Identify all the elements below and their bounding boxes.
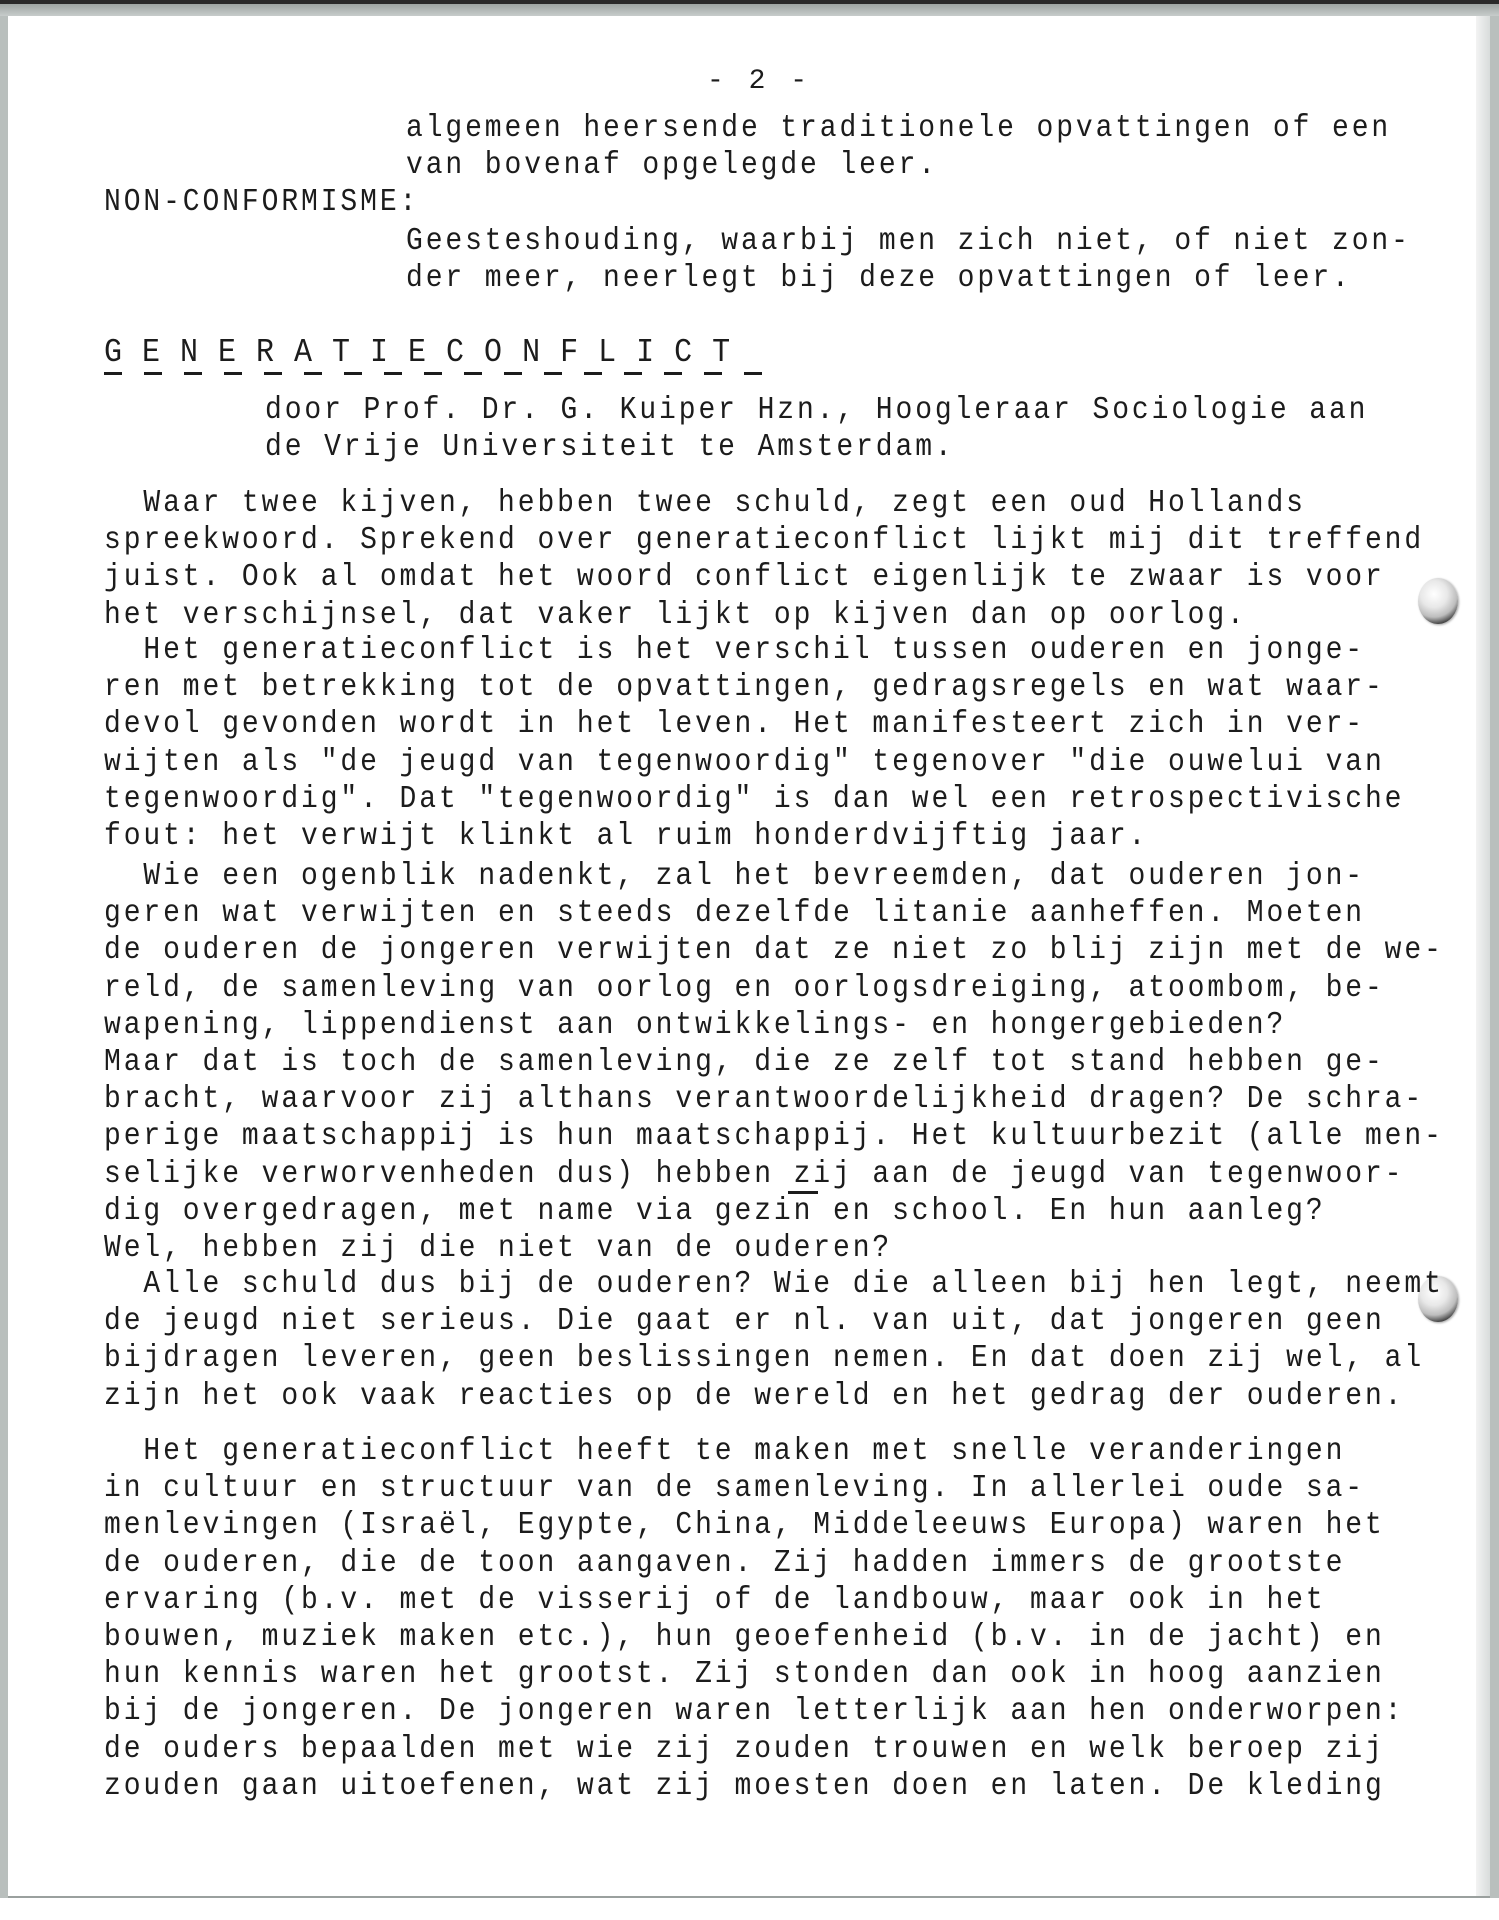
paragraph-line: zouden gaan uitoefenen, wat zij moesten … (104, 1766, 1385, 1807)
paragraph-line: zijn het ook vaak reacties op de wereld … (104, 1376, 1404, 1417)
page-right-margin-shadow (1476, 16, 1490, 1896)
paragraph-line: de jeugd niet serieus. Die gaat er nl. v… (104, 1301, 1385, 1342)
paragraph-line: bracht, waarvoor zij althans verantwoord… (104, 1079, 1424, 1120)
paragraph-line: hun kennis waren het grootst. Zij stonde… (104, 1654, 1385, 1695)
paragraph-line: wijten als "de jeugd van tegenwoordig" t… (104, 742, 1385, 783)
paragraph-line: de ouderen, die de toon aangaven. Zij ha… (104, 1543, 1345, 1584)
paragraph-line: fout: het verwijt klinkt al ruim honderd… (104, 816, 1148, 857)
scan-bottom-margin (0, 1898, 1499, 1920)
paragraph-line: Het generatieconflict heeft te maken met… (104, 1431, 1345, 1472)
scan-top-border (0, 4, 1499, 16)
paragraph-line: ren met betrekking tot de opvattingen, g… (104, 667, 1385, 708)
paragraph-line: devol gevonden wordt in het leven. Het m… (104, 704, 1365, 745)
paragraph-line: Het generatieconflict is het verschil tu… (104, 630, 1365, 671)
paragraph-line: Wie een ogenblik nadenkt, zal het bevree… (104, 856, 1365, 897)
paragraph-line: Alle schuld dus bij de ouderen? Wie die … (104, 1264, 1444, 1305)
paragraph-line: geren wat verwijten en steeds dezelfde l… (104, 893, 1365, 934)
emphasis-underline (788, 1191, 818, 1194)
definition-text-line: der meer, neerlegt bij deze opvattingen … (406, 258, 1352, 299)
paragraph-line: Maar dat is toch de samenleving, die ze … (104, 1042, 1385, 1083)
article-title-underline (104, 372, 770, 375)
paragraph-line: dig overgedragen, met name via gezin en … (104, 1191, 1326, 1232)
paragraph-line: bouwen, muziek maken etc.), hun geoefenh… (104, 1617, 1385, 1658)
page-number: - 2 - (707, 66, 811, 97)
paragraph-line: tegenwoordig". Dat "tegenwoordig" is dan… (104, 779, 1404, 820)
definition-term: NON-CONFORMISME: (104, 182, 419, 223)
paragraph-line: ervaring (b.v. met de visserij of de lan… (104, 1580, 1326, 1621)
paragraph-line: de ouders bepaalden met wie zij zouden t… (104, 1729, 1385, 1770)
byline-line: de Vrije Universiteit te Amsterdam. (265, 427, 955, 468)
paragraph-line: spreekwoord. Sprekend over generatieconf… (104, 520, 1424, 561)
definition-text-line: Geesteshouding, waarbij men zich niet, o… (406, 221, 1411, 262)
binder-ring-hole-icon (1418, 578, 1458, 624)
paragraph-line: menlevingen (Israël, Egypte, China, Midd… (104, 1505, 1385, 1546)
text-line: algemeen heersende traditionele opvattin… (406, 108, 1391, 149)
paragraph-line: bij de jongeren. De jongeren waren lette… (104, 1691, 1404, 1732)
paragraph-line: reld, de samenleving van oorlog en oorlo… (104, 968, 1385, 1009)
paragraph-line: wapening, lippendienst aan ontwikkelings… (104, 1005, 1286, 1046)
article-title: G E N E R A T I E C O N F L I C T (104, 334, 731, 372)
paragraph-line: de ouderen de jongeren verwijten dat ze … (104, 930, 1444, 971)
paragraph-line: juist. Ook al omdat het woord conflict e… (104, 557, 1385, 598)
text-line: van bovenaf opgelegde leer. (406, 145, 938, 186)
paragraph-line: bijdragen leveren, geen beslissingen nem… (104, 1338, 1424, 1379)
paragraph-line: in cultuur en structuur van de samenlevi… (104, 1468, 1365, 1509)
byline-line: door Prof. Dr. G. Kuiper Hzn., Hoogleraa… (265, 390, 1368, 431)
paragraph-line: perige maatschappij is hun maatschappij.… (104, 1116, 1444, 1157)
paragraph-line: Waar twee kijven, hebben twee schuld, ze… (104, 483, 1306, 524)
paragraph-line: selijke verworvenheden dus) hebben zij a… (104, 1154, 1404, 1195)
